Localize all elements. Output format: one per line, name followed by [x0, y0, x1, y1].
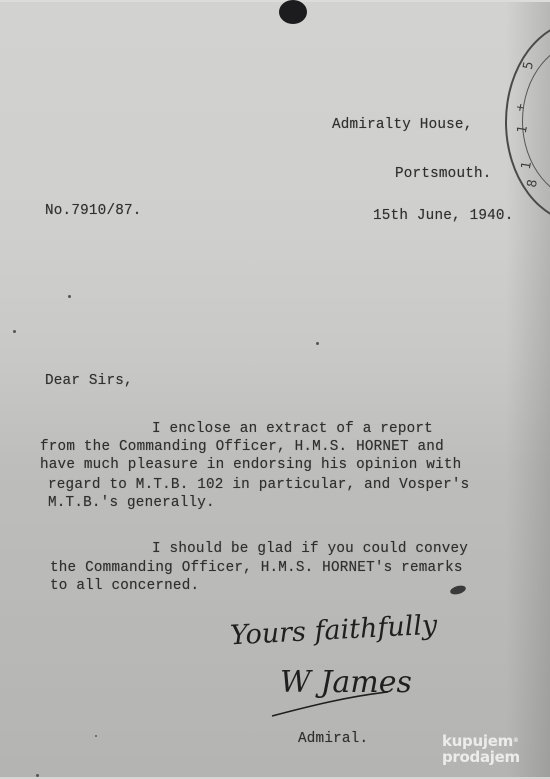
- paper-speck: [36, 774, 39, 777]
- reference-number: No.7910/87.: [45, 203, 142, 219]
- body-line: regard to M.T.B. 102 in particular, and …: [48, 477, 469, 493]
- signature-underline-icon: [270, 690, 390, 720]
- sender-address-line2: Portsmouth.: [395, 166, 492, 182]
- kupujem-prodajem-watermark: kupujem® prodajem: [442, 733, 520, 765]
- body-line: the Commanding Officer, H.M.S. HORNET's …: [50, 560, 463, 576]
- sender-address-line1: Admiralty House,: [332, 117, 472, 133]
- body-line: I enclose an extract of a report: [152, 421, 433, 437]
- salutation: Dear Sirs,: [45, 373, 133, 389]
- letter-date: 15th June, 1940.: [373, 208, 513, 224]
- paper-speck: [13, 330, 16, 333]
- paper-speck: [316, 342, 319, 345]
- paper-speck: [68, 295, 71, 298]
- body-line: have much pleasure in endorsing his opin…: [40, 457, 461, 473]
- punch-hole-icon: [279, 0, 307, 24]
- body-line: to all concerned.: [50, 578, 199, 594]
- watermark-line2: prodajem: [442, 749, 520, 765]
- registered-mark-icon: ®: [513, 737, 519, 744]
- paper-top-edge: [0, 0, 550, 2]
- signatory-title: Admiral.: [298, 731, 368, 747]
- body-line: I should be glad if you could convey: [152, 541, 468, 557]
- body-line: from the Commanding Officer, H.M.S. HORN…: [40, 439, 444, 455]
- body-line: M.T.B.'s generally.: [48, 495, 215, 511]
- paper-speck: [95, 735, 97, 737]
